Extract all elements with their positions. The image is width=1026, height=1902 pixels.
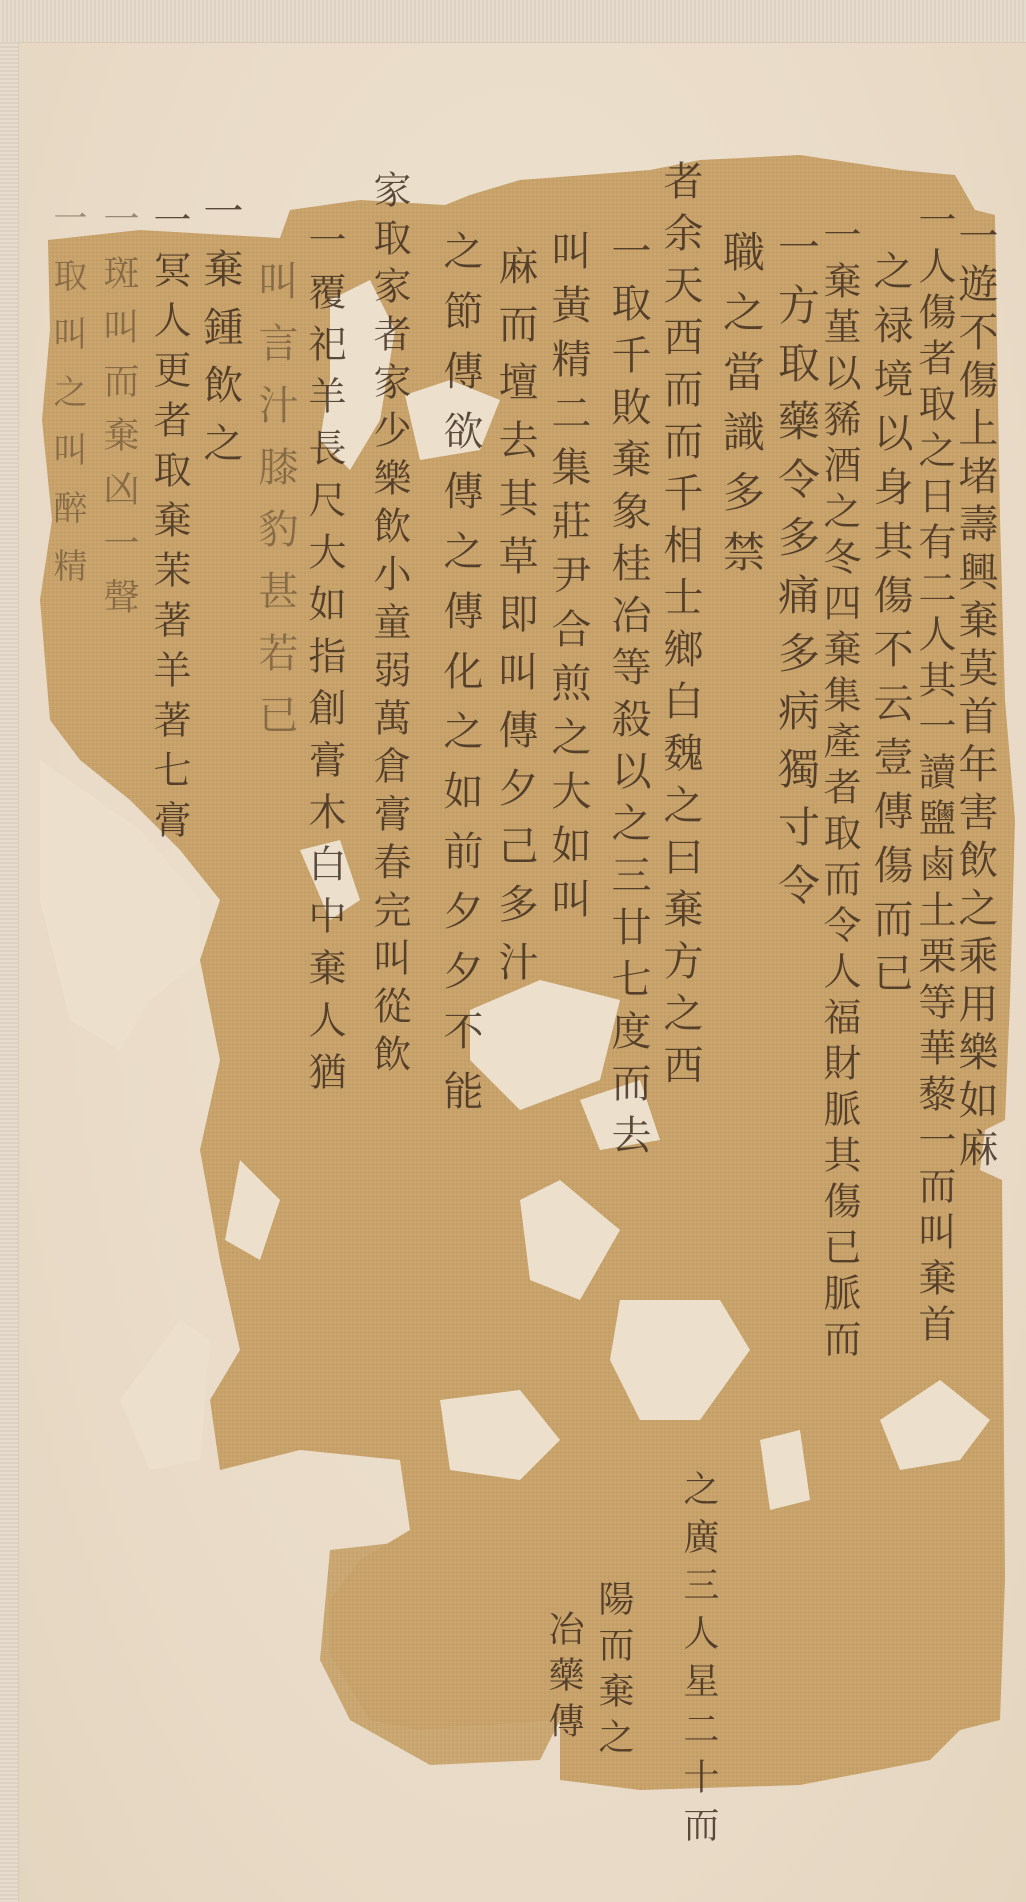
text-column-4: 一棄堇以豨酒之冬四棄集產者取而令人福財脈其傷已脈而 — [820, 215, 858, 1365]
text-column-21: 冶藥傳 — [545, 1610, 581, 1748]
text-column-11: 之節傳欲傳之傳化之如前夕夕不能 — [440, 230, 480, 1130]
text-column-6: 職之當識多禁 — [720, 230, 762, 590]
text-column-13: 一覆祀羊長尺大如指創膏木白中棄人猶 — [305, 220, 343, 1104]
text-column-7: 者余天西而而千相士鄉白魏之曰棄方之西 — [660, 160, 700, 1096]
text-column-1: 一遊不傷上堵壽興棄莫首年害飲之乘用樂如麻 — [955, 215, 995, 1175]
text-column-18: 一取叫之叫醉精 — [50, 200, 84, 606]
text-column-8: 一取千敗棄象桂冶等殺以之三廿七度而去 — [608, 230, 648, 1166]
text-column-19: 之廣三人星二十而 — [680, 1470, 716, 1854]
text-column-12: 家取家者家少樂飲小童弱萬倉膏春完叫從飲 — [370, 170, 408, 1082]
text-column-10: 麻而壇去其草即叫傳夕己多汁 — [495, 245, 535, 999]
text-column-20: 陽而棄之 — [595, 1580, 631, 1764]
text-column-14: 叫言汁膝豹甚若已 — [255, 260, 295, 756]
text-column-9: 叫黃精二集莊尹合煎之大如叫 — [548, 230, 588, 932]
text-column-17: 一斑叫而棄凶一聲 — [100, 200, 136, 632]
text-column-16: 一冥人更者取棄茉著羊著七膏 — [150, 200, 188, 850]
text-column-2: 一人傷者取之日有二人其一讀鹽鹵土栗等華藜一而叫棄首 — [915, 200, 953, 1350]
text-column-5: 一方取藥令多痛多病獨寸令 — [775, 225, 817, 921]
text-column-3: 之禄境以身其傷不云壹傳傷而已 — [870, 250, 910, 1006]
text-column-15: 一棄鍾飲之 — [200, 190, 240, 480]
